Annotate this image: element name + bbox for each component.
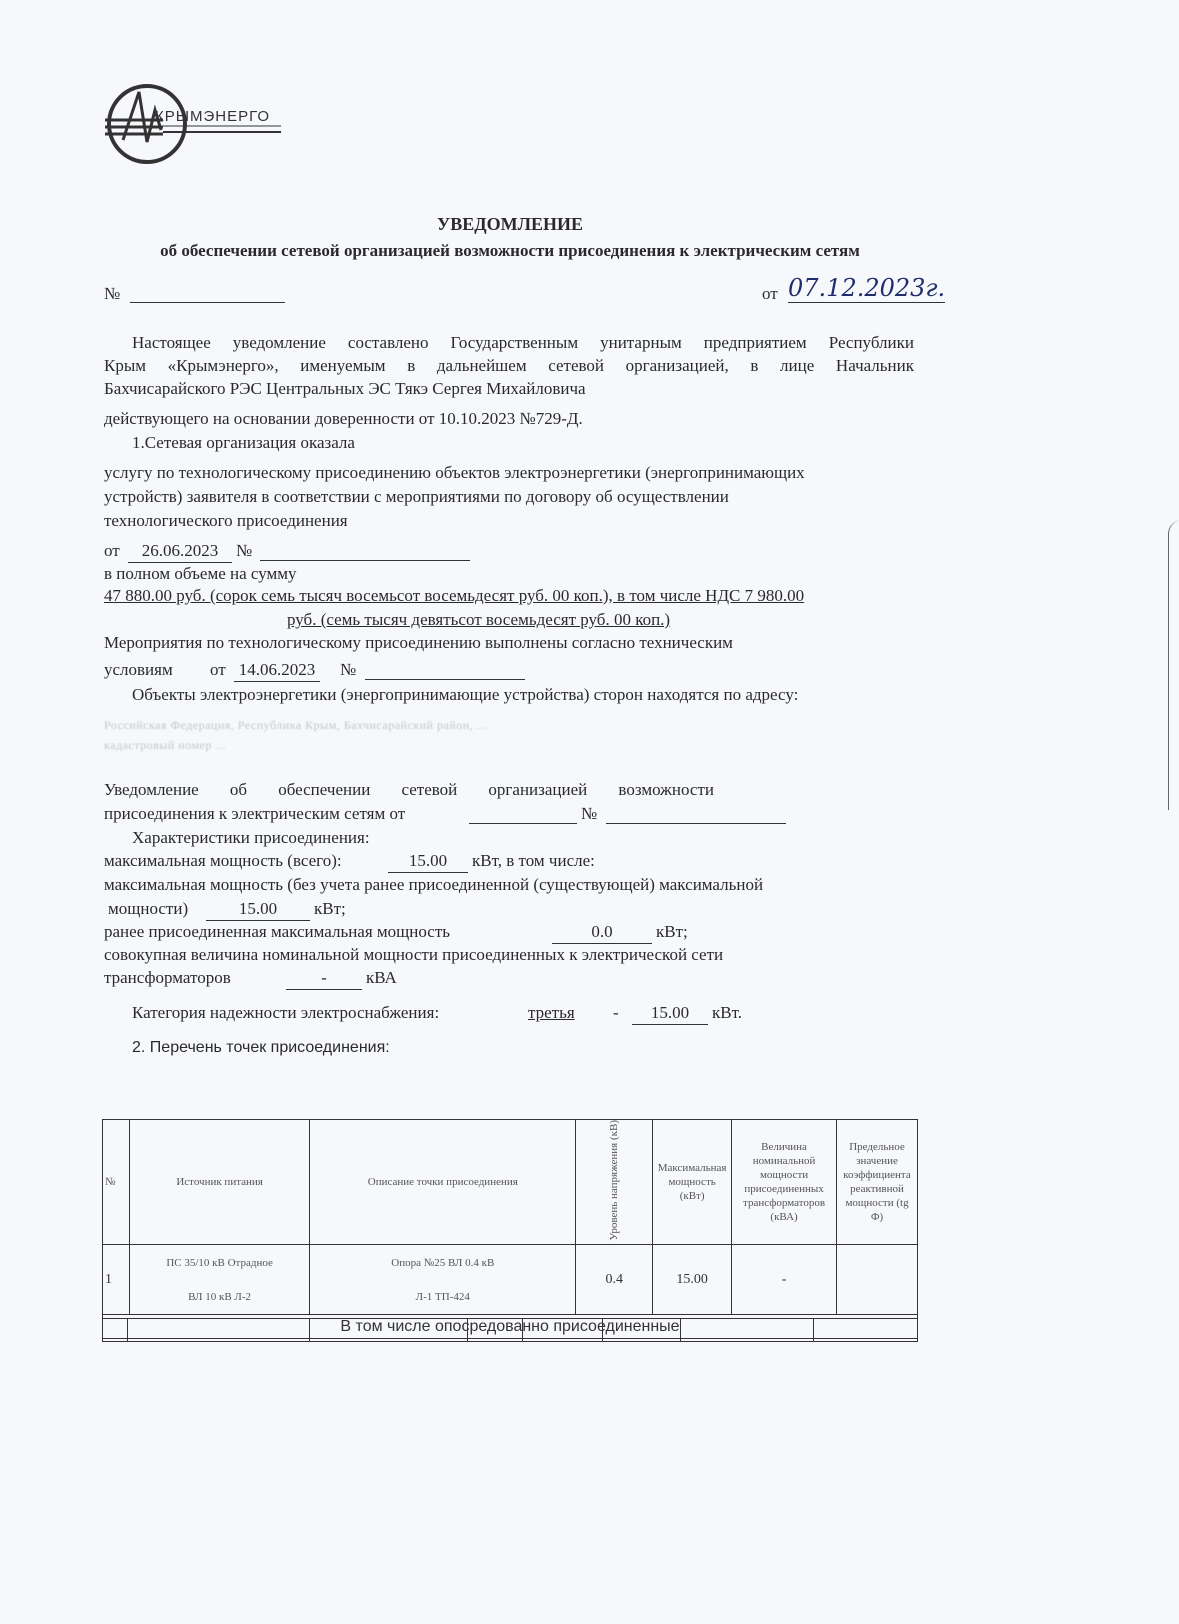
- indirect-table: [102, 1318, 918, 1342]
- row-num: 1: [103, 1245, 130, 1315]
- tech-number-label: №: [340, 659, 356, 681]
- transformers-unit: кВА: [366, 967, 397, 989]
- indirect-empty-row: [103, 1319, 918, 1342]
- tech-number-field: [365, 659, 525, 680]
- header-num: №: [103, 1120, 130, 1245]
- item1-line3: технологического присоединения: [104, 510, 348, 532]
- sum-line1: 47 880.00 руб. (сорок семь тысяч восемьс…: [104, 585, 804, 607]
- page-subtitle: об обеспечении сетевой организацией возм…: [105, 240, 915, 262]
- date-label: от: [762, 283, 778, 305]
- logo-text: КРЫМЭНЕРГО: [155, 108, 270, 125]
- prev-power-unit: кВт;: [656, 921, 688, 943]
- contract-date-label: от: [104, 540, 120, 562]
- item1-heading: 1.Сетевая организация оказала: [132, 432, 355, 454]
- max-power-total-value: 15.00: [388, 850, 468, 873]
- tech-line1: Мероприятия по технологическому присоеди…: [104, 632, 733, 654]
- address-redacted-line1: Российская Федерация, Республика Крым, Б…: [104, 714, 487, 736]
- sum-label: в полном объеме на сумму: [104, 563, 297, 585]
- header-max-power: Максимальная мощность (кВт): [653, 1120, 732, 1245]
- max-power-total-unit: кВт, в том числе:: [472, 850, 595, 872]
- header-point: Описание точки присоединения: [310, 1120, 576, 1245]
- address-redacted-line2: кадастровый номер ...: [104, 734, 226, 756]
- row-max-power: 15.00: [653, 1245, 732, 1315]
- max-power-new-line1: максимальная мощность (без учета ранее п…: [104, 874, 763, 896]
- item1-line1: услугу по технологическому присоединению…: [104, 462, 805, 484]
- page-title: УВЕДОМЛЕНИЕ: [0, 213, 1020, 235]
- max-power-total-label: максимальная мощность (всего):: [104, 850, 342, 872]
- row-voltage: 0.4: [576, 1245, 653, 1315]
- row-transformer-power: -: [732, 1245, 837, 1315]
- para1-line4: действующего на основании доверенности о…: [104, 408, 583, 430]
- reliability-label: Категория надежности электроснабжения:: [132, 1002, 439, 1024]
- transformers-label: трансформаторов: [104, 967, 231, 989]
- notice-date-field: [469, 803, 577, 824]
- row-tg-phi: [837, 1245, 918, 1315]
- reliability-dash: -: [613, 1002, 619, 1024]
- item1-line2: устройств) заявителя в соответствии с ме…: [104, 486, 729, 508]
- number-label: №: [104, 283, 120, 305]
- notice-line1: Уведомление об обеспечении сетевой орган…: [104, 779, 714, 801]
- header-transformer-power: Величина номинальной мощности присоедине…: [732, 1120, 837, 1245]
- sum-line2: руб. (семь тысяч девятьсот восемьдесят р…: [287, 609, 670, 631]
- para1-line1: Настоящее уведомление составлено Государ…: [104, 332, 914, 354]
- contract-number-field: [260, 540, 470, 561]
- table-row: 1 ПС 35/10 кВ Отрадное ВЛ 10 кВ Л-2 Опор…: [103, 1245, 918, 1315]
- reliability-value: 15.00: [632, 1002, 708, 1025]
- contract-date: 26.06.2023: [128, 540, 232, 563]
- max-power-new-unit: кВт;: [314, 898, 346, 920]
- prev-power-value: 0.0: [552, 921, 652, 944]
- characteristics-heading: Характеристики присоединения:: [132, 827, 370, 849]
- header-voltage: Уровень напряжения (кВ): [576, 1120, 653, 1245]
- tech-conditions-label: условиям: [104, 659, 173, 681]
- contract-number-label: №: [236, 540, 252, 562]
- notice-number-label: №: [581, 803, 597, 825]
- notice-number-field: [606, 803, 786, 824]
- page-edge-shadow: [1168, 520, 1179, 810]
- prev-power-label: ранее присоединенная максимальная мощнос…: [104, 921, 450, 943]
- transformers-value: -: [286, 967, 362, 990]
- reliability-category: третья: [528, 1002, 575, 1024]
- row-source: ПС 35/10 кВ Отрадное ВЛ 10 кВ Л-2: [129, 1245, 309, 1315]
- number-field: [130, 283, 285, 303]
- header-source: Источник питания: [129, 1120, 309, 1245]
- row-point: Опора №25 ВЛ 0.4 кВ Л-1 ТП-424: [310, 1245, 576, 1315]
- para1-line2: Крым «Крымэнерго», именуемым в дальнейше…: [104, 355, 914, 377]
- item2-heading: 2. Перечень точек присоединения:: [132, 1037, 390, 1059]
- table-header-row: № Источник питания Описание точки присое…: [103, 1120, 918, 1245]
- tech-date-label: от: [210, 659, 226, 681]
- transformers-line1: совокупная величина номинальной мощности…: [104, 944, 723, 966]
- handwritten-date: 07.12.2023г.: [788, 274, 945, 303]
- max-power-new-label: мощности): [108, 898, 188, 920]
- tech-date: 14.06.2023: [234, 659, 320, 682]
- para1-line3: Бахчисарайского РЭС Центральных ЭС Тякэ …: [104, 378, 586, 400]
- header-tg-phi: Предельное значение коэффициента реактив…: [837, 1120, 918, 1245]
- address-label: Объекты электроэнергетики (энергопринима…: [132, 684, 798, 706]
- reliability-unit: кВт.: [712, 1002, 742, 1024]
- connection-points-table: № Источник питания Описание точки присое…: [102, 1119, 918, 1339]
- notice-line2: присоединения к электрическим сетям от: [104, 803, 405, 825]
- max-power-new-value: 15.00: [206, 898, 310, 921]
